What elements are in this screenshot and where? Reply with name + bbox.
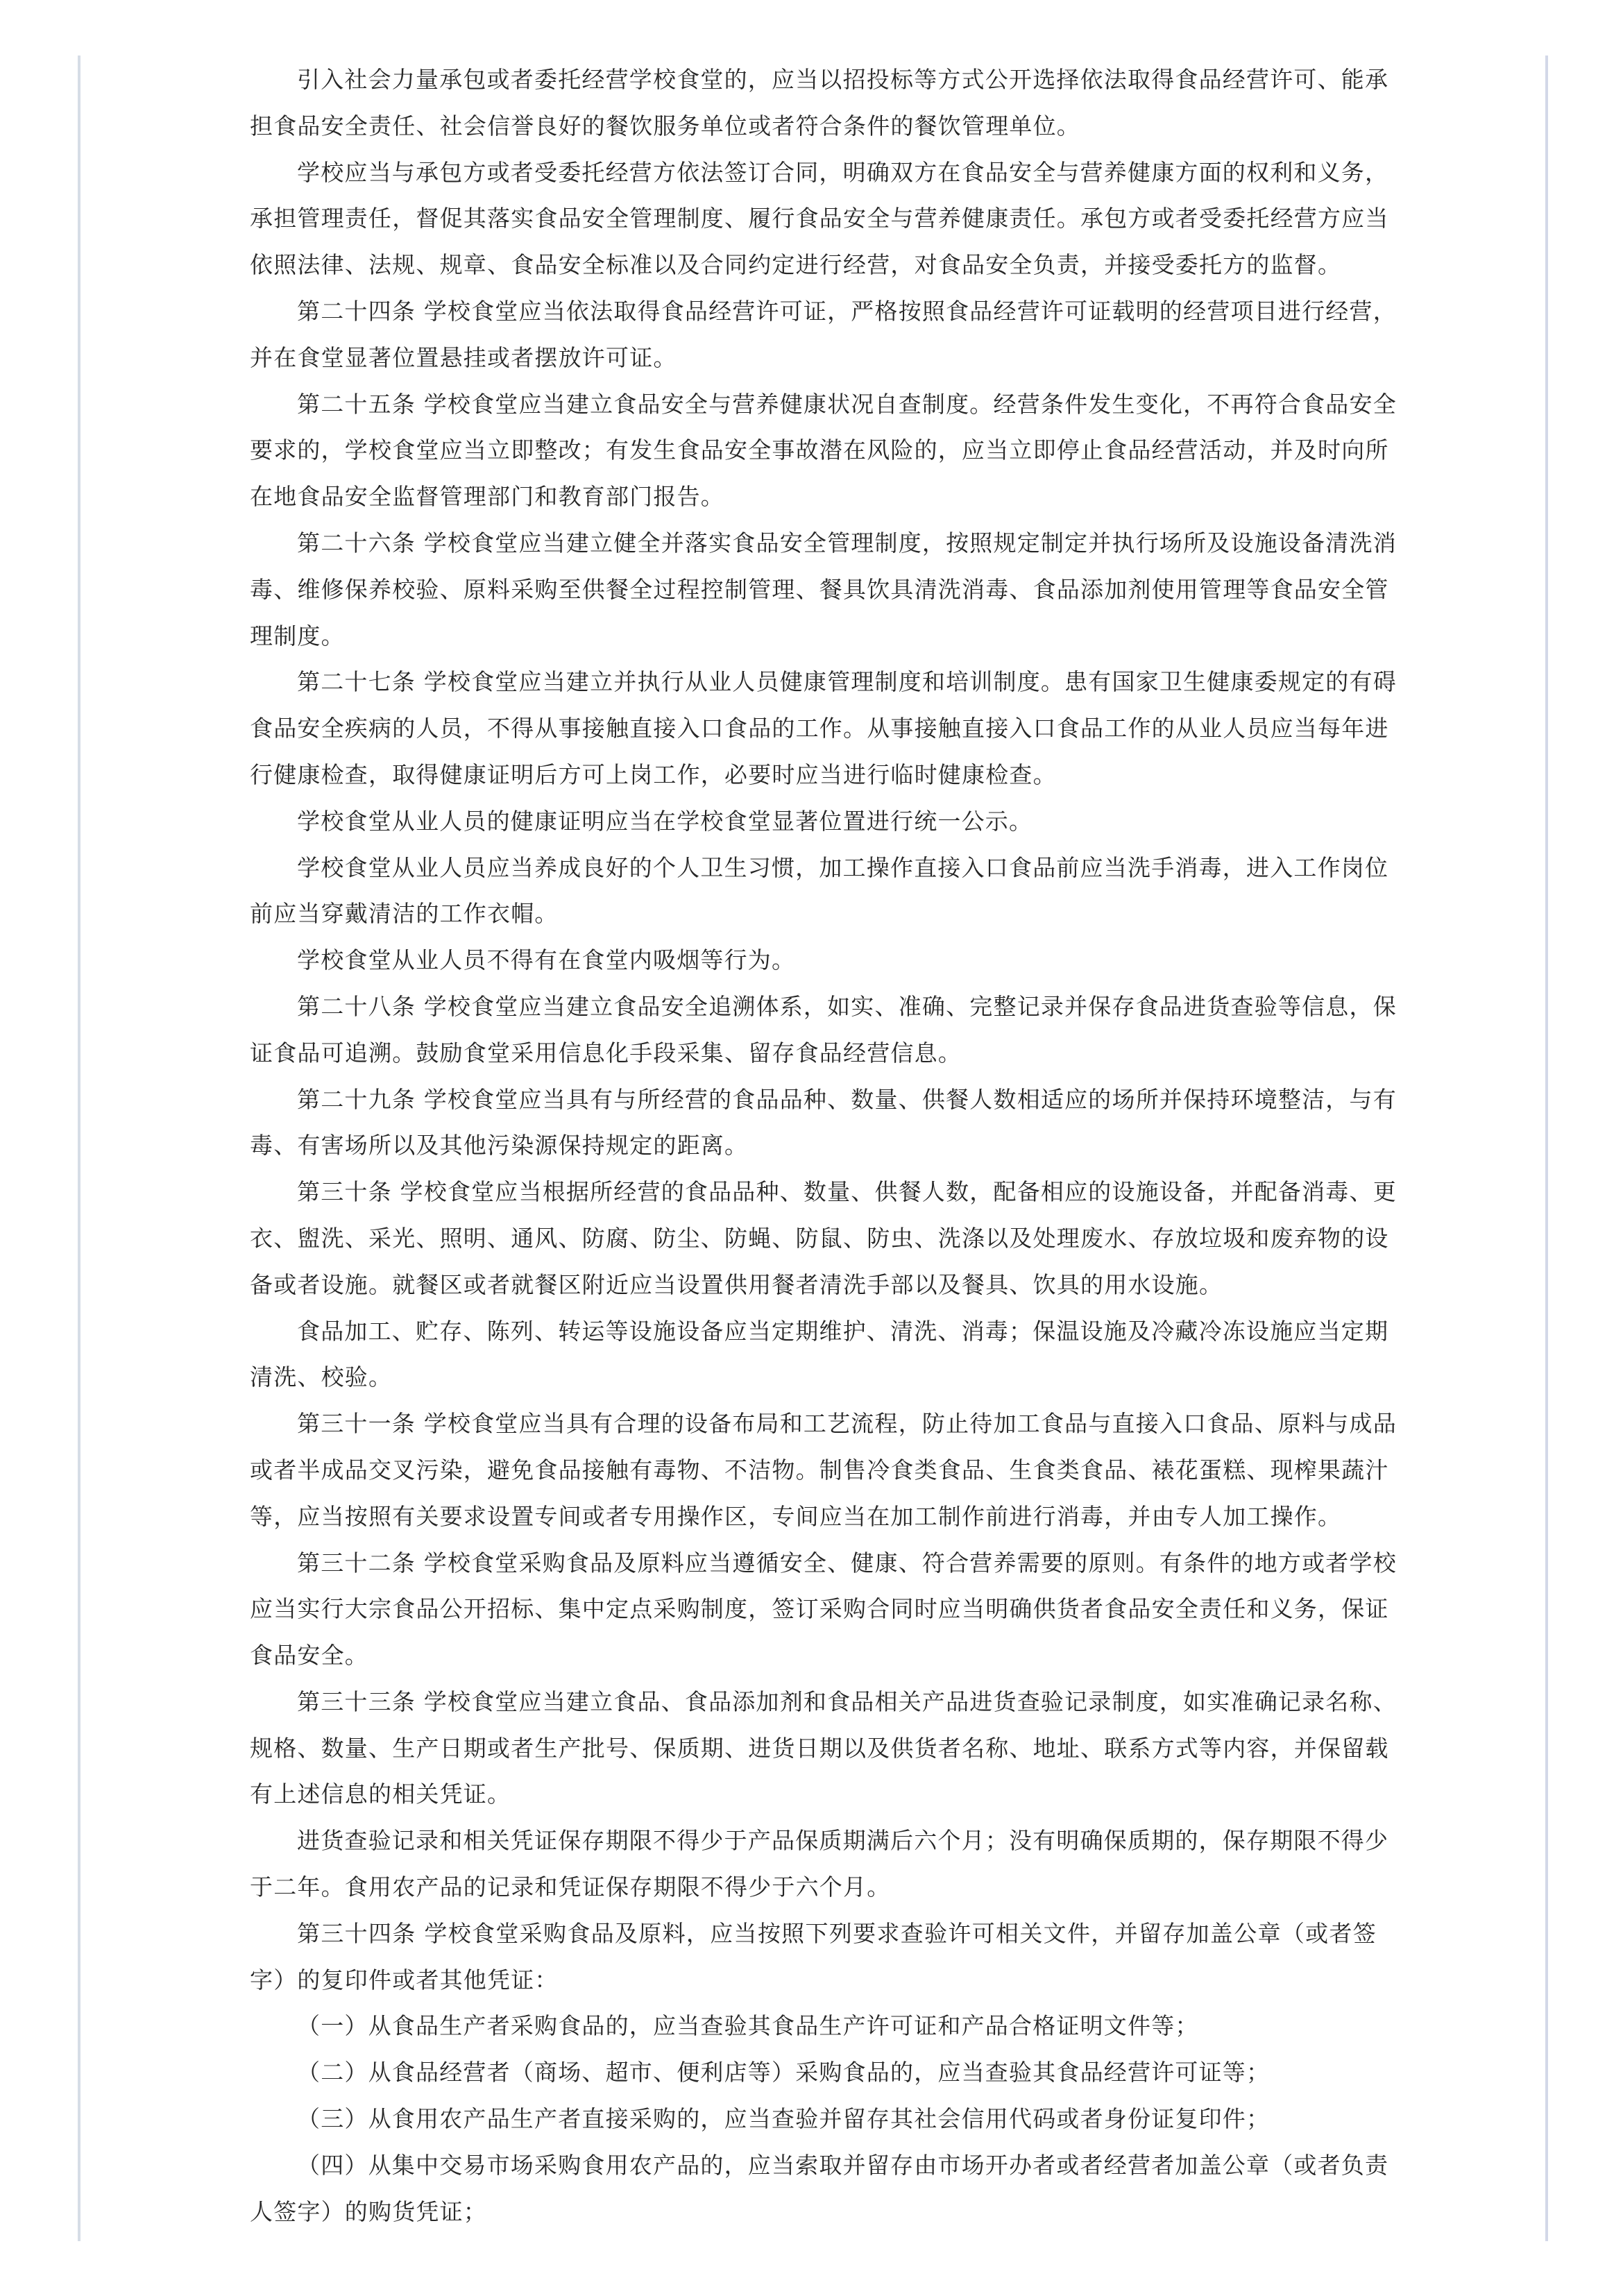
page-border-right [1545, 56, 1548, 2241]
text-line: 行健康检查，取得健康证明后方可上岗工作，必要时应当进行临时健康检查。 [250, 752, 1377, 799]
text-line: 第二十五条 学校食堂应当建立食品安全与营养健康状况自查制度。经营条件发生变化，不… [250, 382, 1377, 428]
text-line: 人签字）的购货凭证； [250, 2189, 1377, 2236]
paragraph: （二）从食品经营者（商场、超市、便利店等）采购食品的，应当查验其食品经营许可证等… [250, 2050, 1377, 2096]
text-line: （三）从食用农产品生产者直接采购的，应当查验并留存其社会信用代码或者身份证复印件… [250, 2096, 1377, 2143]
paragraph: 第二十六条 学校食堂应当建立健全并落实食品安全管理制度，按照规定制定并执行场所及… [250, 520, 1377, 659]
text-line: 等，应当按照有关要求设置专间或者专用操作区，专间应当在加工制作前进行消毒，并由专… [250, 1494, 1377, 1540]
paragraph: 第三十三条 学校食堂应当建立食品、食品添加剂和食品相关产品进货查验记录制度，如实… [250, 1679, 1377, 1818]
text-line: 规格、数量、生产日期或者生产批号、保质期、进货日期以及供货者名称、地址、联系方式… [250, 1726, 1377, 1772]
text-line: 或者半成品交叉污染，避免食品接触有毒物、不洁物。制售冷食类食品、生食类食品、裱花… [250, 1447, 1377, 1494]
paragraph: （一）从食品生产者采购食品的，应当查验其食品生产许可证和产品合格证明文件等； [250, 2003, 1377, 2050]
text-line: 第二十四条 学校食堂应当依法取得食品经营许可证，严格按照食品经营许可证载明的经营… [250, 289, 1377, 335]
text-line: 第二十八条 学校食堂应当建立食品安全追溯体系，如实、准确、完整记录并保存食品进货… [250, 984, 1377, 1030]
text-line: （二）从食品经营者（商场、超市、便利店等）采购食品的，应当查验其食品经营许可证等… [250, 2050, 1377, 2096]
text-line: 担食品安全责任、社会信誉良好的餐饮服务单位或者符合条件的餐饮管理单位。 [250, 103, 1377, 150]
text-line: 第三十条 学校食堂应当根据所经营的食品品种、数量、供餐人数，配备相应的设施设备，… [250, 1169, 1377, 1216]
text-line: 第三十二条 学校食堂采购食品及原料应当遵循安全、健康、符合营养需要的原则。有条件… [250, 1540, 1377, 1587]
text-line: 学校食堂从业人员不得有在食堂内吸烟等行为。 [250, 937, 1377, 984]
text-line: 第三十三条 学校食堂应当建立食品、食品添加剂和食品相关产品进货查验记录制度，如实… [250, 1679, 1377, 1726]
paragraph: 学校应当与承包方或者受委托经营方依法签订合同，明确双方在食品安全与营养健康方面的… [250, 150, 1377, 289]
text-line: 应当实行大宗食品公开招标、集中定点采购制度，签订采购合同时应当明确供货者食品安全… [250, 1586, 1377, 1633]
text-line: 清洗、校验。 [250, 1354, 1377, 1401]
text-line: 依照法律、法规、规章、食品安全标准以及合同约定进行经营，对食品安全负责，并接受委… [250, 242, 1377, 289]
text-line: 衣、盥洗、采光、照明、通风、防腐、防尘、防蝇、防鼠、防虫、洗涤以及处理废水、存放… [250, 1216, 1377, 1262]
paragraph: 第二十七条 学校食堂应当建立并执行从业人员健康管理制度和培训制度。患有国家卫生健… [250, 659, 1377, 798]
text-line: 字）的复印件或者其他凭证： [250, 1957, 1377, 2004]
paragraph: （三）从食用农产品生产者直接采购的，应当查验并留存其社会信用代码或者身份证复印件… [250, 2096, 1377, 2143]
text-line: 备或者设施。就餐区或者就餐区附近应当设置供用餐者清洗手部以及餐具、饮具的用水设施… [250, 1262, 1377, 1309]
text-line: 第二十九条 学校食堂应当具有与所经营的食品品种、数量、供餐人数相适应的场所并保持… [250, 1077, 1377, 1123]
paragraph: 引入社会力量承包或者委托经营学校食堂的，应当以招投标等方式公开选择依法取得食品经… [250, 57, 1377, 150]
paragraph: 第二十九条 学校食堂应当具有与所经营的食品品种、数量、供餐人数相适应的场所并保持… [250, 1077, 1377, 1170]
paragraph: 第三十二条 学校食堂采购食品及原料应当遵循安全、健康、符合营养需要的原则。有条件… [250, 1540, 1377, 1679]
text-line: 第三十一条 学校食堂应当具有合理的设备布局和工艺流程，防止待加工食品与直接入口食… [250, 1401, 1377, 1447]
text-line: 第二十七条 学校食堂应当建立并执行从业人员健康管理制度和培训制度。患有国家卫生健… [250, 659, 1377, 706]
page-border-left [78, 56, 80, 2241]
text-line: 毒、维修保养校验、原料采购至供餐全过程控制管理、餐具饮具清洗消毒、食品添加剂使用… [250, 567, 1377, 613]
text-line: 引入社会力量承包或者委托经营学校食堂的，应当以招投标等方式公开选择依法取得食品经… [250, 57, 1377, 103]
paragraph: 第二十四条 学校食堂应当依法取得食品经营许可证，严格按照食品经营许可证载明的经营… [250, 289, 1377, 382]
text-line: 食品安全疾病的人员，不得从事接触直接入口食品的工作。从事接触直接入口食品工作的从… [250, 706, 1377, 752]
text-line: 要求的，学校食堂应当立即整改；有发生食品安全事故潜在风险的，应当立即停止食品经营… [250, 427, 1377, 474]
text-line: （一）从食品生产者采购食品的，应当查验其食品生产许可证和产品合格证明文件等； [250, 2003, 1377, 2050]
paragraph: 第三十条 学校食堂应当根据所经营的食品品种、数量、供餐人数，配备相应的设施设备，… [250, 1169, 1377, 1308]
text-line: 第二十六条 学校食堂应当建立健全并落实食品安全管理制度，按照规定制定并执行场所及… [250, 520, 1377, 567]
text-line: 前应当穿戴清洁的工作衣帽。 [250, 891, 1377, 937]
paragraph: 第三十四条 学校食堂采购食品及原料，应当按照下列要求查验许可相关文件，并留存加盖… [250, 1911, 1377, 2004]
text-line: 第三十四条 学校食堂采购食品及原料，应当按照下列要求查验许可相关文件，并留存加盖… [250, 1911, 1377, 1957]
paragraph: （四）从集中交易市场采购食用农产品的，应当索取并留存由市场开办者或者经营者加盖公… [250, 2143, 1377, 2236]
text-line: 承担管理责任，督促其落实食品安全管理制度、履行食品安全与营养健康责任。承包方或者… [250, 196, 1377, 242]
text-line: 学校应当与承包方或者受委托经营方依法签订合同，明确双方在食品安全与营养健康方面的… [250, 150, 1377, 196]
paragraph: 第三十一条 学校食堂应当具有合理的设备布局和工艺流程，防止待加工食品与直接入口食… [250, 1401, 1377, 1540]
paragraph: 学校食堂从业人员应当养成良好的个人卫生习惯，加工操作直接入口食品前应当洗手消毒，… [250, 845, 1377, 938]
text-line: 学校食堂从业人员应当养成良好的个人卫生习惯，加工操作直接入口食品前应当洗手消毒，… [250, 845, 1377, 892]
text-line: 食品安全。 [250, 1633, 1377, 1679]
text-line: 证食品可追溯。鼓励食堂采用信息化手段采集、留存食品经营信息。 [250, 1030, 1377, 1077]
text-line: （四）从集中交易市场采购食用农产品的，应当索取并留存由市场开办者或者经营者加盖公… [250, 2143, 1377, 2189]
document-body: 引入社会力量承包或者委托经营学校食堂的，应当以招投标等方式公开选择依法取得食品经… [250, 57, 1377, 2235]
text-line: 有上述信息的相关凭证。 [250, 1771, 1377, 1818]
text-line: 学校食堂从业人员的健康证明应当在学校食堂显著位置进行统一公示。 [250, 799, 1377, 845]
text-line: 理制度。 [250, 613, 1377, 660]
text-line: 并在食堂显著位置悬挂或者摆放许可证。 [250, 335, 1377, 382]
text-line: 进货查验记录和相关凭证保存期限不得少于产品保质期满后六个月；没有明确保质期的，保… [250, 1818, 1377, 1864]
paragraph: 第二十八条 学校食堂应当建立食品安全追溯体系，如实、准确、完整记录并保存食品进货… [250, 984, 1377, 1077]
text-line: 毒、有害场所以及其他污染源保持规定的距离。 [250, 1123, 1377, 1169]
paragraph: 学校食堂从业人员的健康证明应当在学校食堂显著位置进行统一公示。 [250, 799, 1377, 845]
paragraph: 学校食堂从业人员不得有在食堂内吸烟等行为。 [250, 937, 1377, 984]
paragraph: 进货查验记录和相关凭证保存期限不得少于产品保质期满后六个月；没有明确保质期的，保… [250, 1818, 1377, 1911]
text-line: 在地食品安全监督管理部门和教育部门报告。 [250, 474, 1377, 520]
paragraph: 食品加工、贮存、陈列、转运等设施设备应当定期维护、清洗、消毒；保温设施及冷藏冷冻… [250, 1309, 1377, 1402]
text-line: 于二年。食用农产品的记录和凭证保存期限不得少于六个月。 [250, 1864, 1377, 1911]
paragraph: 第二十五条 学校食堂应当建立食品安全与营养健康状况自查制度。经营条件发生变化，不… [250, 382, 1377, 520]
text-line: 食品加工、贮存、陈列、转运等设施设备应当定期维护、清洗、消毒；保温设施及冷藏冷冻… [250, 1309, 1377, 1355]
